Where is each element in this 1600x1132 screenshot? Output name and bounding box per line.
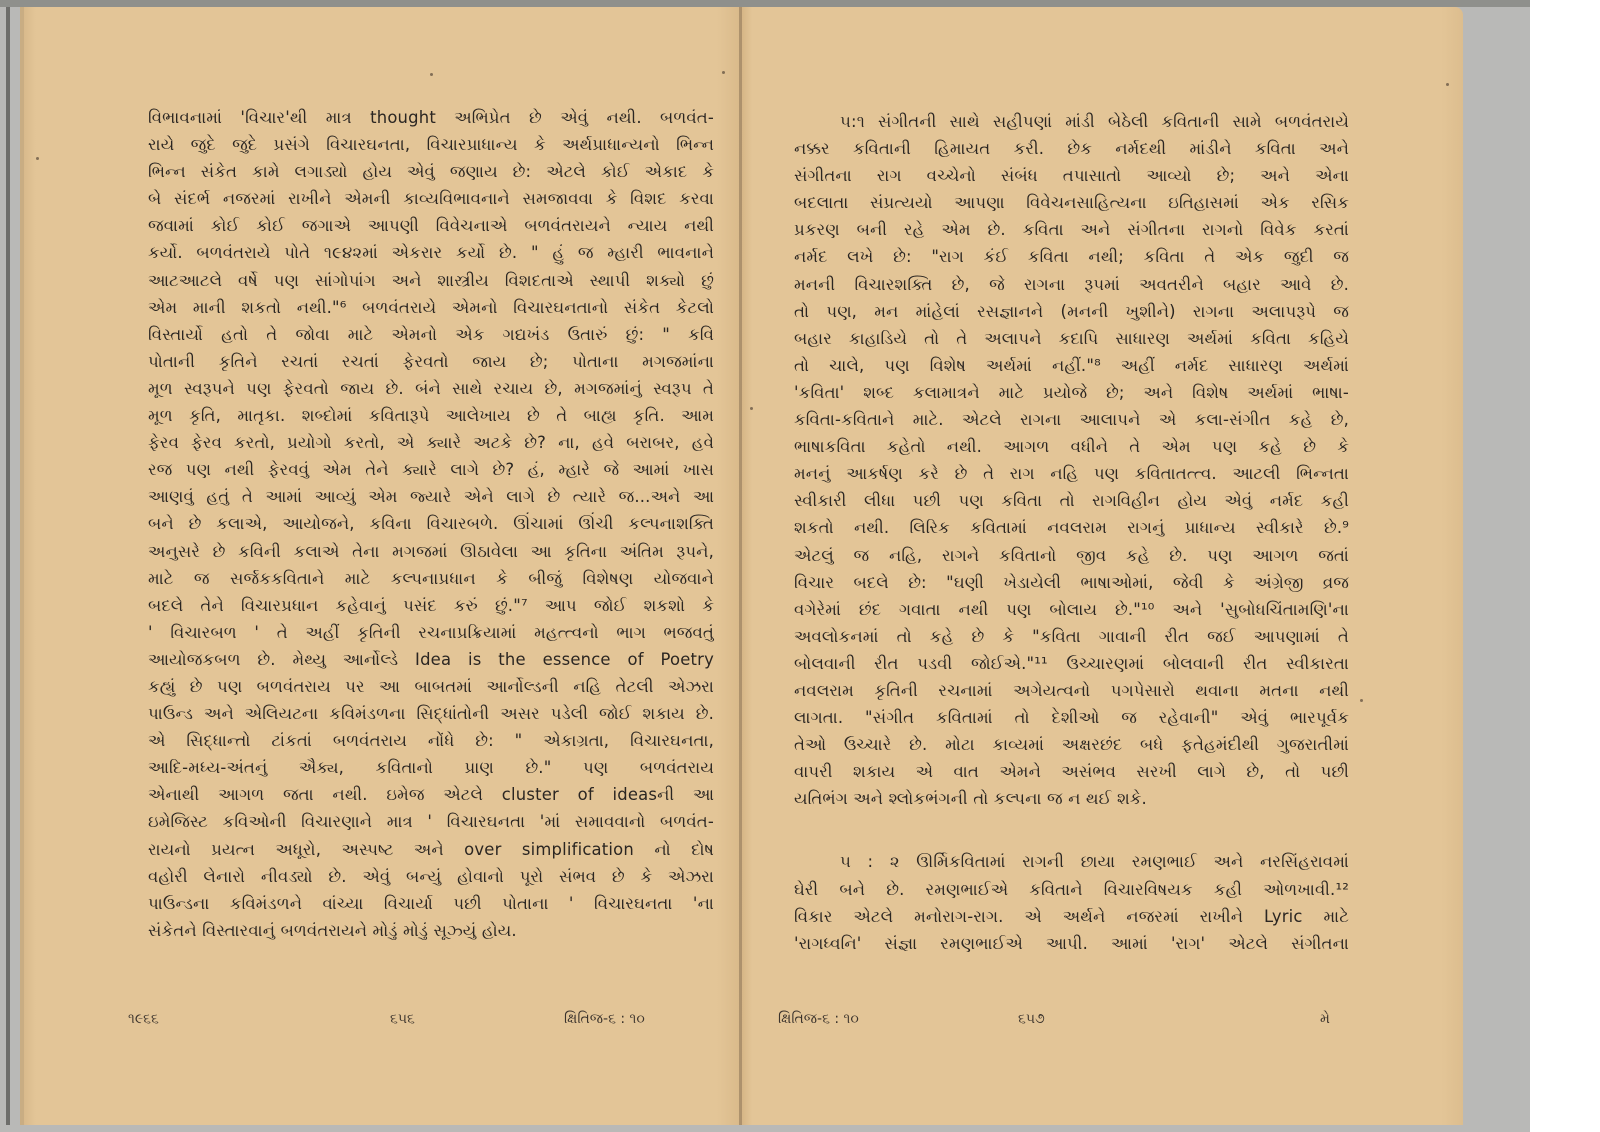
text-line: એમ માની શકતો નથી."⁶ બળવંતરાયે એમનો વિચાર… — [148, 294, 714, 321]
text-line: સ્વીકારી લીધા પછી પણ કવિતા તો રાગવિહીન હ… — [794, 487, 1349, 514]
text-line: અવલોકનમાં તો કહે છે કે "કવિતા ગાવાની રીત… — [794, 623, 1349, 650]
footer-journal-title: ક્ષિતિજ-૬ : ૧૦ — [778, 1011, 859, 1027]
text-line: એટલું જ નહિ, રાગને કવિતાનો જીવ કહે છે. પ… — [794, 542, 1349, 569]
paper-speck — [1360, 699, 1363, 702]
text-line: જવામાં કોઈ કોઈ જગાએ આપણી વિવેચનાએ બળવંતર… — [148, 212, 714, 239]
text-line: ફેરવ ફેરવ કરતો, પ્રયોગો કરતો, એ ક્યારે અ… — [148, 429, 714, 456]
text-line: કવિતા-કવિતાને માટે. એટલે રાગના આલાપને એ … — [794, 406, 1349, 433]
text-line: એ સિદ્ધાન્તો ટાંકતાં બળવંતરાય નોંધે છે: … — [148, 727, 714, 754]
text-line: આયોજકબળ છે. મેથ્યુ આર્નોલ્ડે Idea is the… — [148, 646, 714, 673]
text-line: સંગીતના રાગ વચ્ચેનો સંબંધ તપાસાતો આવ્યો … — [794, 162, 1349, 189]
text-line: વિસ્તાર્યો હતો તે જોવા માટે એમનો એક ગદ્ય… — [148, 321, 714, 348]
text-line: સંકેતને વિસ્તારવાનું બળવંતરાયને મોડું મો… — [148, 917, 714, 944]
text-line: મૂળ સ્વરૂપને પણ ફેરવતો જાય છે. બંને સાથે… — [148, 375, 714, 402]
footer-page-number: ૬૫૬ — [390, 1011, 415, 1027]
text-line: માટે જ સર્જકકવિતાને માટે કલ્પનાપ્રધાન કે… — [148, 565, 714, 592]
text-line: 'કવિતા' શબ્દ કલામાત્રને માટે પ્રયોજે છે;… — [794, 379, 1349, 406]
footer-year: ૧૯૬૬ — [128, 1011, 159, 1027]
text-line: પોતાની કૃતિને રચતાં રચતાં ફેરવતો જાય છે;… — [148, 348, 714, 375]
text-line: કહ્યું છે પણ બળવંતરાય પર આ બાબતમાં આર્નો… — [148, 673, 714, 700]
footer-journal-title: ક્ષિતિજ-૬ : ૧૦ — [564, 1011, 645, 1027]
text-line: મનની વિચારશક્તિ છે, જે રાગના રૂપમાં અવતર… — [794, 271, 1349, 298]
scanner-top-edge — [0, 0, 1530, 7]
text-line: વિકાર એટલે મનોરાગ-રાગ. એ અર્થને નજરમાં ર… — [794, 903, 1349, 930]
text-line: બદલે તેને વિચારપ્રધાન કહેવાનું પસંદ કરું… — [148, 592, 714, 619]
section-5-1: ૫:૧ સંગીતની સાથે સહીપણાં માંડી બેઠેલી કવ… — [794, 108, 1349, 812]
text-line: લાગતા. "સંગીત કવિતામાં તો દેશીઓ જ રહેવાન… — [794, 704, 1349, 731]
text-line: મૂળ કૃતિ, માતૃકા. શબ્દોમાં કવિતારૂપે આલે… — [148, 402, 714, 429]
text-line: ભિન્ન સંકેત કામે લગાડ્યો હોય એવું જણાય છ… — [148, 158, 714, 185]
paper-speck — [1446, 83, 1449, 86]
text-line: બહાર કાહાડિયે તો તે અલાપને કદાપિ સાધારણ … — [794, 325, 1349, 352]
section-5-2: ૫ : ૨ ઊર્મિકવિતામાં રાગની છાયા રમણભાઈ અન… — [794, 848, 1349, 956]
text-line: બે સંદર્ભ નજરમાં રાખીને એમની કાવ્યવિભાવન… — [148, 185, 714, 212]
text-line: કર્યો. બળવંતરાયે પોતે ૧૯૪૨માં એકરાર કર્ય… — [148, 239, 714, 266]
paper-speck — [430, 73, 433, 76]
text-line: વગેરેમાં છંદ ગવાતા નથી પણ બોલાય છે."¹⁰ અ… — [794, 596, 1349, 623]
text-line: ઇમેજિસ્ટ કવિઓની વિચારણાને માત્ર ' વિચારઘ… — [148, 808, 714, 835]
text-line: પ્રકરણ બની રહે એમ છે. કવિતા અને સંગીતના … — [794, 216, 1349, 243]
left-page-body: વિભાવનામાં 'વિચાર'થી માત્ર thought અભિપ્… — [148, 104, 714, 944]
text-line: રજ પણ નથી ફેરવવું એમ તેને ક્યારે લાગે છે… — [148, 456, 714, 483]
paper-speck — [722, 71, 725, 74]
text-line: 'રાગધ્વનિ' સંજ્ઞા રમણભાઈએ આપી. આમાં 'રાગ… — [794, 930, 1349, 957]
text-line: આટઆટલે વર્ષે પણ સાંગોપાંગ અને શાસ્ત્રીય … — [148, 267, 714, 294]
text-line: ' વિચારબળ ' તે અહીં કૃતિની રચનાપ્રક્રિયા… — [148, 619, 714, 646]
right-page-body: ૫:૧ સંગીતની સાથે સહીપણાં માંડી બેઠેલી કવ… — [794, 108, 1349, 957]
text-line: નવલરામ કૃતિની રચનામાં અગેયત્વનો પગપેસારો… — [794, 677, 1349, 704]
text-line: ઘેરી બને છે. રમણભાઈએ કવિતાને વિચારવિષયક … — [794, 876, 1349, 903]
paper-speck — [36, 157, 39, 160]
section-gap — [794, 812, 1349, 848]
book-cover-edge — [6, 7, 10, 1125]
text-line: આદિ-મધ્ય-અંતનું ઐક્ય, કવિતાનો પ્રાણ છે."… — [148, 754, 714, 781]
footer-page-number: ૬૫૭ — [1018, 1011, 1045, 1027]
right-page: ૫:૧ સંગીતની સાથે સહીપણાં માંડી બેઠેલી કવ… — [742, 7, 1463, 1125]
text-line: અનુસરે છે કવિની કલાએ તેના મગજમાં ઊઠાવેલા… — [148, 538, 714, 565]
text-line: ભાષાકવિતા કહેતો નથી. આગળ વધીને તે એમ પણ … — [794, 433, 1349, 460]
left-page: વિભાવનામાં 'વિચાર'થી માત્ર thought અભિપ્… — [20, 7, 746, 1125]
text-line: તેઓ ઉચ્ચારે છે. મોટા કાવ્યમાં અક્ષરછંદ બ… — [794, 731, 1349, 758]
text-line: શકતો નથી. લિરિક કવિતામાં નવલરામ રાગનું પ… — [794, 514, 1349, 541]
text-line: આણવું હતું તે આમાં આવ્યું એમ જ્યારે એને … — [148, 483, 714, 510]
text-line: વહોરી લેનારો નીવડ્યો છે. એવું બન્યું હોવ… — [148, 863, 714, 890]
text-line: તો ચાલે, પણ વિશેષ અર્થમાં નહીં."⁸ અહીં ન… — [794, 352, 1349, 379]
paper-speck — [750, 407, 753, 410]
text-line: બને છે કલાએ, આયોજને, કવિના વિચારબળે. ઊંચ… — [148, 510, 714, 537]
text-line: નક્કર કવિતાની હિમાયત કરી. છેક નર્મદથી મા… — [794, 135, 1349, 162]
text-line: બોલવાની રીત પડવી જોઈએ."¹¹ ઉચ્ચારણમાં બોલ… — [794, 650, 1349, 677]
text-line: યતિભંગ અને શ્લોકભંગની તો કલ્પના જ ન થઈ શ… — [794, 785, 1349, 812]
text-line: પાઉન્ડ અને એલિયટના કવિમંડળના સિદ્ધાંતોની… — [148, 700, 714, 727]
text-line: રાયે જુદે જુદે પ્રસંગે વિચારઘનતા, વિચારપ… — [148, 131, 714, 158]
text-line: મનનું આકર્ષણ કરે છે તે રાગ નહિ પણ કવિતાત… — [794, 460, 1349, 487]
text-line: ૫:૧ સંગીતની સાથે સહીપણાં માંડી બેઠેલી કવ… — [794, 108, 1349, 135]
text-line: વાપરી શકાય એ વાત એમને અસંભવ સરખી લાગે છે… — [794, 758, 1349, 785]
text-line: પાઉન્ડના કવિમંડળને વાંચ્યા વિચાર્યા પછી … — [148, 890, 714, 917]
text-line: વિચાર બદલે છે: "ઘણી ખેડાયેલી ભાષાઓમાં, જ… — [794, 569, 1349, 596]
text-line: ૫ : ૨ ઊર્મિકવિતામાં રાગની છાયા રમણભાઈ અન… — [794, 848, 1349, 875]
text-line: વિભાવનામાં 'વિચાર'થી માત્ર thought અભિપ્… — [148, 104, 714, 131]
text-line: રાયનો પ્રયત્ન અધૂરો, અસ્પષ્ટ અને over si… — [148, 836, 714, 863]
text-line: નર્મદ લખે છે: "રાગ કંઈ કવિતા નથી; કવિતા … — [794, 243, 1349, 270]
text-line: બદલાતા સંપ્રત્યયો આપણા વિવેચનસાહિત્યના ઇ… — [794, 189, 1349, 216]
footer-signature-mark: મે — [1320, 1011, 1330, 1027]
text-line: એનાથી આગળ જતા નથી. ઇમેજ એટલે cluster of … — [148, 781, 714, 808]
text-line: તો પણ, મન માંહેલાં રસજ્ઞાનને (મનની ખુશીન… — [794, 298, 1349, 325]
